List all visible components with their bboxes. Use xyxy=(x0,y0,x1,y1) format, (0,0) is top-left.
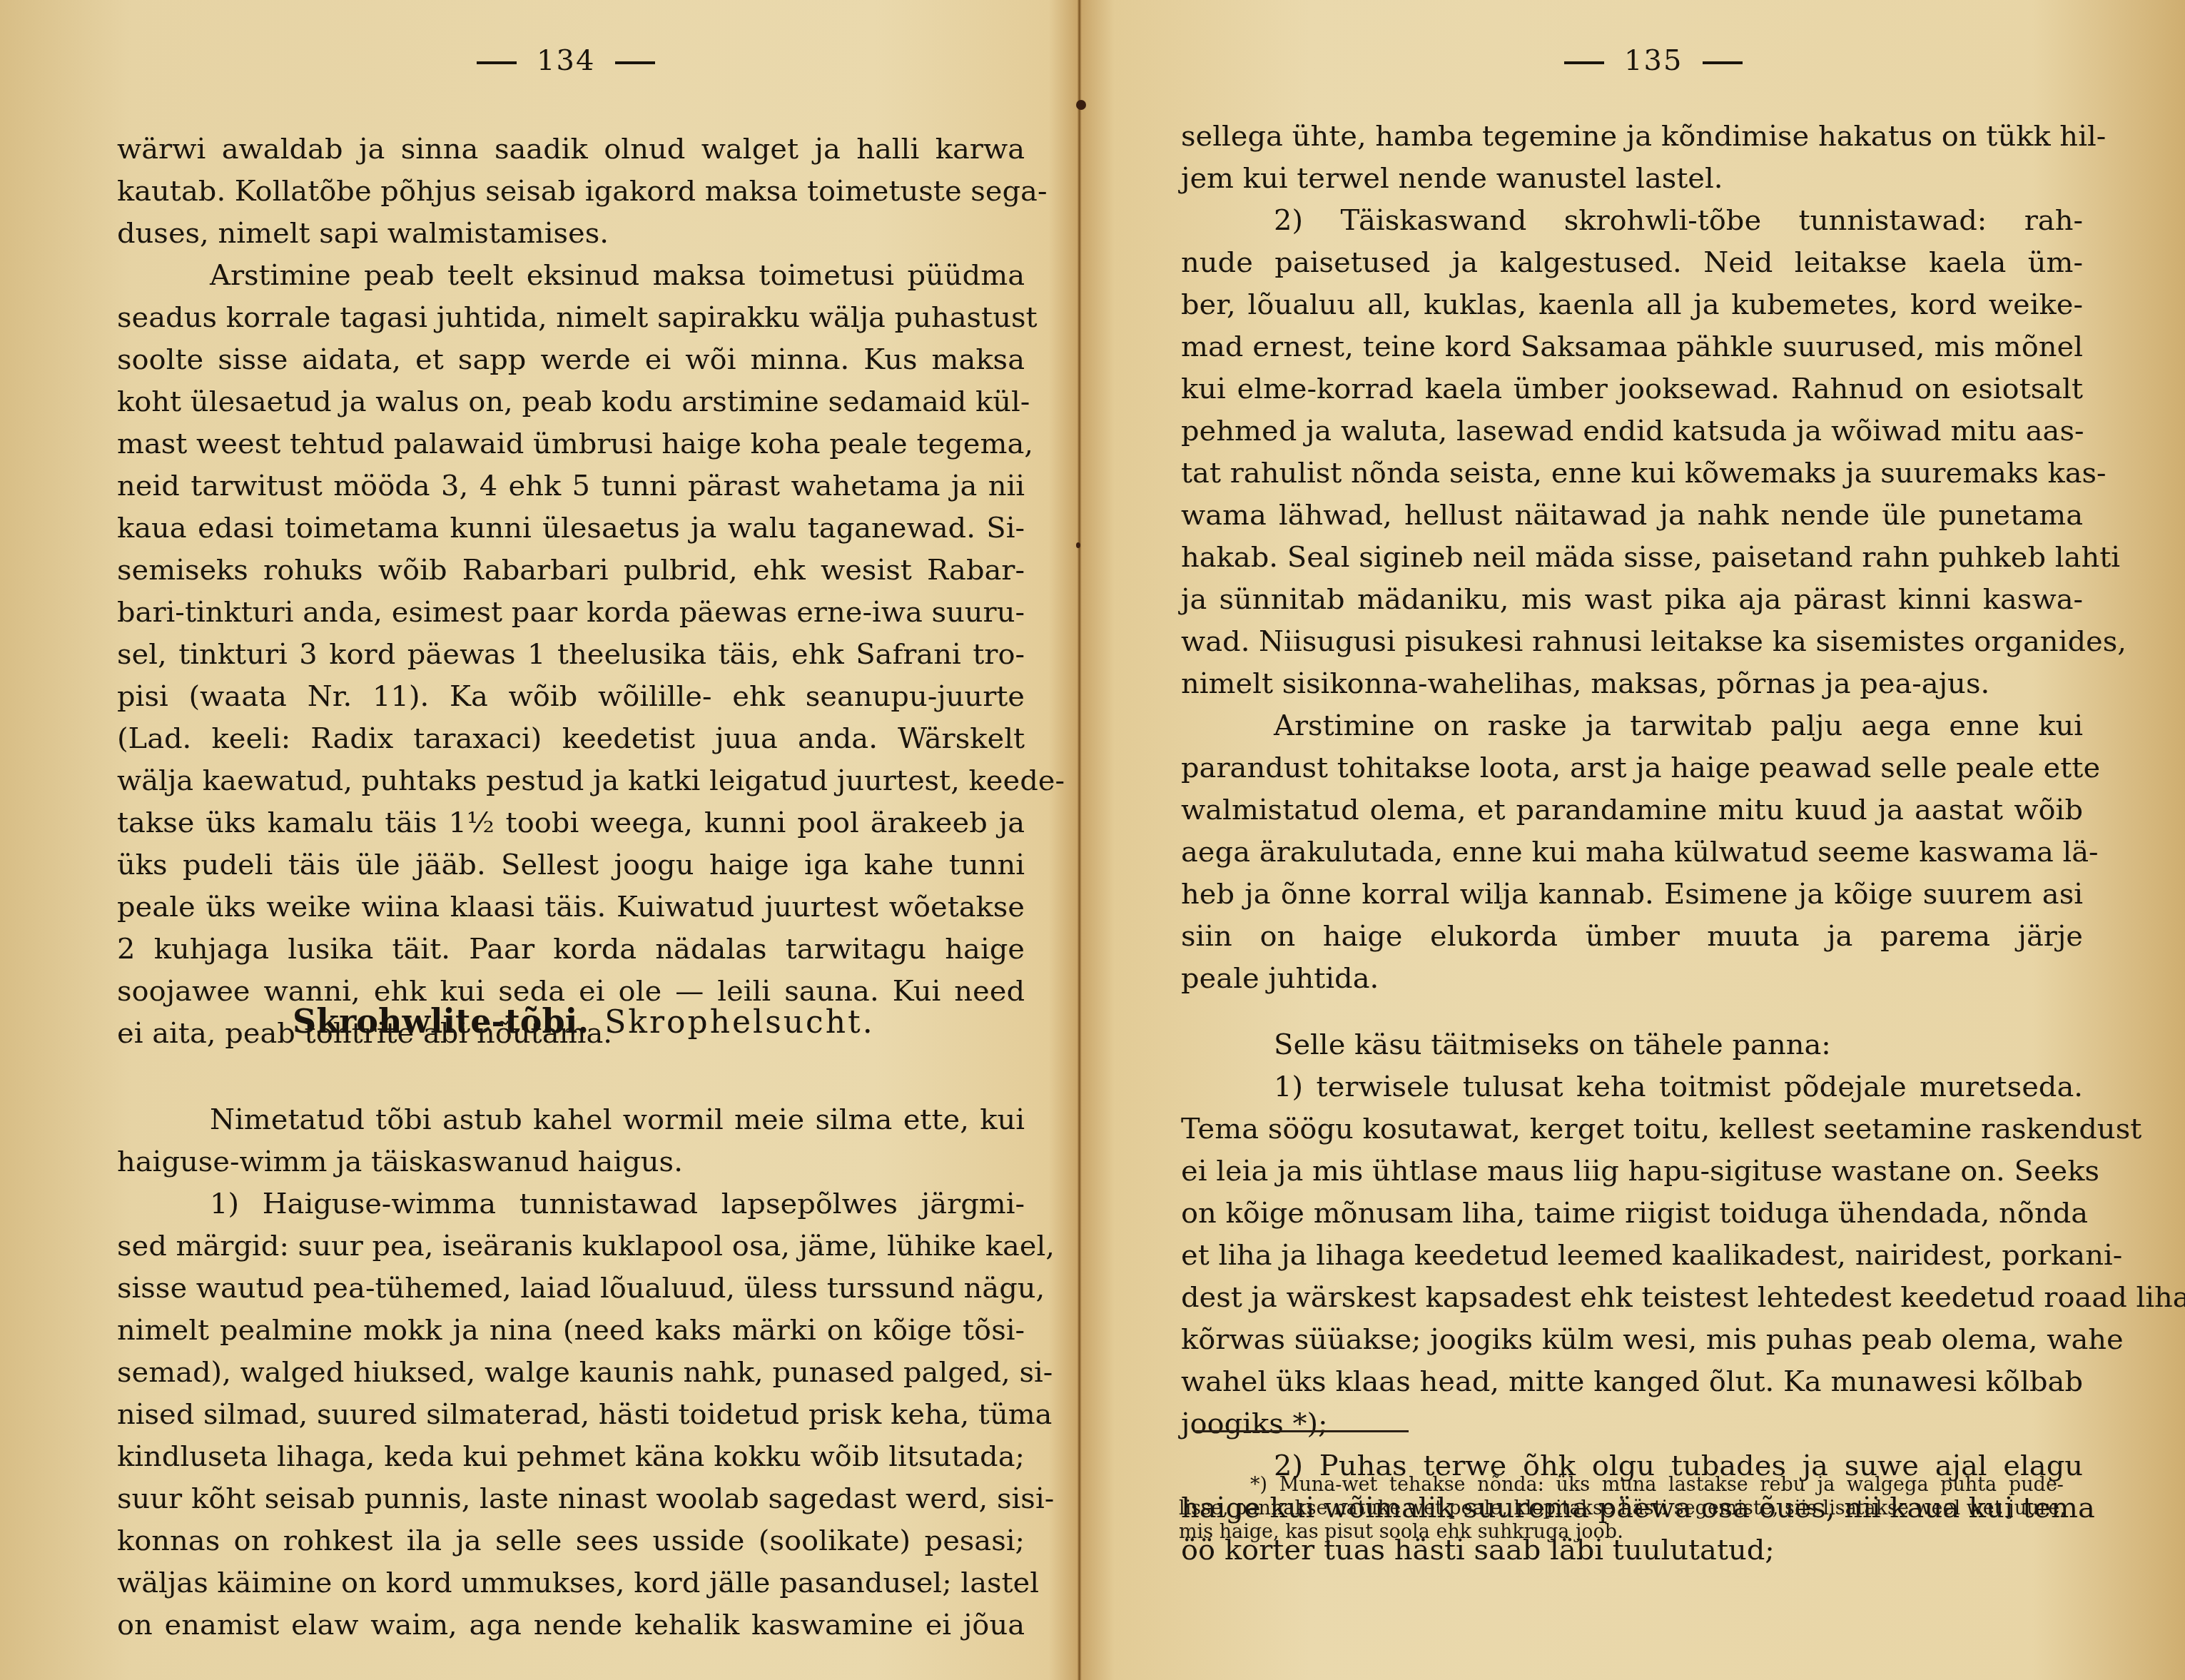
text-line: kaua edasi toimetama kunni ülesaetus ja … xyxy=(117,507,1025,550)
text-line: wälja kaewatud, puhtaks pestud ja katki … xyxy=(117,760,1025,802)
text-line: joogiks *); xyxy=(1181,1403,2083,1445)
text-line: sel, tinkturi 3 kord päewas 1 theelusika… xyxy=(117,634,1025,676)
text-line: ei leia ja mis ühtlase maus liig hapu-si… xyxy=(1181,1150,2083,1193)
text-line: mad ernest, teine kord Saksamaa pähkle s… xyxy=(1181,326,2083,368)
text-line: on enamist elaw waim, aga nende kehalik … xyxy=(117,1604,1025,1646)
text-line: Arstimine on raske ja tarwitab palju aeg… xyxy=(1181,705,2083,747)
text-line: haiguse-wimm ja täiskaswanud haigus. xyxy=(117,1141,1025,1183)
text-line: siin on haige elukorda ümber muuta ja pa… xyxy=(1181,916,2083,958)
text-line: Selle käsu täitmiseks on tähele panna: xyxy=(1181,1024,2083,1066)
text-line: wäljas käimine on kord ummukses, kord jä… xyxy=(117,1562,1025,1604)
text-line: dest ja wärskest kapsadest ehk teistest … xyxy=(1181,1277,2083,1319)
text-line: wahel üks klaas head, mitte kanged õlut.… xyxy=(1181,1361,2083,1403)
text-line: 2) Täiskaswand skrohwli-tõbe tunnistawad… xyxy=(1181,200,2083,242)
text-line: Tema söögu kosutawat, kerget toitu, kell… xyxy=(1181,1108,2083,1150)
text-line: pisi (waata Nr. 11). Ka wõib wõilille- e… xyxy=(117,676,1025,718)
page-number-text: 135 xyxy=(1624,44,1683,77)
folio-dash xyxy=(615,61,655,64)
text-line: parandust tohitakse loota, arst ja haige… xyxy=(1181,747,2083,789)
heading-title: Skrohwlite-tõbi. xyxy=(293,1002,589,1041)
text-line: wad. Niisugusi pisukesi rahnusi leitakse… xyxy=(1181,621,2083,663)
text-line: koht ülesaetud ja walus on, peab kodu ar… xyxy=(117,381,1025,423)
text-line: soolte sisse aidata, et sapp werde ei wõ… xyxy=(117,339,1025,381)
text-line: peale juhtida. xyxy=(1181,958,2083,1000)
text-line: pehmed ja waluta, lasewad endid katsuda … xyxy=(1181,410,2083,452)
text-line: mast weest tehtud palawaid ümbrusi haige… xyxy=(117,423,1025,465)
text-line: ja sünnitab mädaniku, mis wast pika aja … xyxy=(1181,579,2083,621)
text-line: jem kui terwel nende wanustel lastel. xyxy=(1181,158,2083,200)
text-line: walmistatud olema, et parandamine mitu k… xyxy=(1181,789,2083,831)
text-line: wärwi awaldab ja sinna saadik olnud walg… xyxy=(117,128,1025,171)
footnote-line: lisse, pannakse natuke wet peale, klopit… xyxy=(1179,1497,2064,1520)
text-line: Nimetatud tõbi astub kahel wormil meie s… xyxy=(117,1099,1025,1141)
page-number: 135 xyxy=(1544,44,1763,77)
text-line: aega ärakulutada, enne kui maha külwatud… xyxy=(1181,831,2083,874)
text-line: Arstimine peab teelt eksinud maksa toime… xyxy=(117,255,1025,297)
text-line: hakab. Seal sigineb neil mäda sisse, pai… xyxy=(1181,537,2083,579)
text-line: tat rahulist nõnda seista, enne kui kõwe… xyxy=(1181,452,2083,495)
text-line: nude paisetused ja kalgestused. Neid lei… xyxy=(1181,242,2083,284)
page-number-text: 134 xyxy=(537,44,595,77)
text-line: wama lähwad, hellust näitawad ja nahk ne… xyxy=(1181,495,2083,537)
text-line: peale üks weike wiina klaasi täis. Kuiwa… xyxy=(117,886,1025,928)
text-line: on kõige mõnusam liha, taime riigist toi… xyxy=(1181,1193,2083,1235)
left-page-body: wärwi awaldab ja sinna saadik olnud walg… xyxy=(117,128,1025,1055)
footnote-line: mis haige, kas pisut soola ehk suhkruga … xyxy=(1179,1520,2064,1544)
text-line: sisse wautud pea-tühemed, laiad lõualuud… xyxy=(117,1267,1025,1310)
text-line: et liha ja lihaga keedetud leemed kaalik… xyxy=(1181,1235,2083,1277)
footnote: *) Muna-wet tehakse nõnda: üks muna last… xyxy=(1179,1473,2064,1544)
footnote-divider xyxy=(1195,1430,1409,1432)
text-line: semad), walged hiuksed, walge kaunis nah… xyxy=(117,1352,1025,1394)
text-line: sed märgid: suur pea, iseäranis kuklapoo… xyxy=(117,1225,1025,1267)
text-line: kui elme-korrad kaela ümber jooksewad. R… xyxy=(1181,368,2083,410)
text-line: 2 kuhjaga lusika täit. Paar korda nädala… xyxy=(117,928,1025,971)
text-line: bari-tinkturi anda, esimest paar korda p… xyxy=(117,592,1025,634)
text-line: semiseks rohuks wõib Rabarbari pulbrid, … xyxy=(117,550,1025,592)
heading-german-subtitle: Skrophelsucht. xyxy=(604,1004,875,1041)
text-line: (Lad. keeli: Radix taraxaci) keedetist j… xyxy=(117,718,1025,760)
text-line: 1) Haiguse-wimma tunnistawad lapsepõlwes… xyxy=(117,1183,1025,1225)
text-line: duses, nimelt sapi walmistamises. xyxy=(117,213,1025,255)
text-line: takse üks kamalu täis 1½ toobi weega, ku… xyxy=(117,802,1025,844)
text-line: heb ja õnne korral wilja kannab. Esimene… xyxy=(1181,874,2083,916)
text-line: 1) terwisele tulusat keha toitmist põdej… xyxy=(1181,1066,2083,1108)
right-page-body: sellega ühte, hamba tegemine ja kõndimis… xyxy=(1181,116,2083,1572)
text-line: konnas on rohkest ila ja selle sees ussi… xyxy=(117,1520,1025,1562)
folio-dash xyxy=(1703,61,1743,64)
text-line: seadus korrale tagasi juhtida, nimelt sa… xyxy=(117,297,1025,339)
text-line: kautab. Kollatõbe põhjus seisab igakord … xyxy=(117,171,1025,213)
text-line: sellega ühte, hamba tegemine ja kõndimis… xyxy=(1181,116,2083,158)
text-line: ber, lõualuu all, kuklas, kaenla all ja … xyxy=(1181,284,2083,326)
folio-dash xyxy=(477,61,517,64)
text-line: kindluseta lihaga, keda kui pehmet käna … xyxy=(117,1436,1025,1478)
section-heading: Skrohwlite-tõbi.Skrophelsucht. xyxy=(293,1002,875,1041)
text-line: suur kõht seisab punnis, laste ninast wo… xyxy=(117,1478,1025,1520)
text-line: neid tarwitust mööda 3, 4 ehk 5 tunni pä… xyxy=(117,465,1025,507)
book-spread: 134 wärwi awaldab ja sinna saadik olnud … xyxy=(0,0,2185,1680)
text-line: nised silmad, suured silmaterad, hästi t… xyxy=(117,1394,1025,1436)
footnote-line: *) Muna-wet tehakse nõnda: üks muna last… xyxy=(1179,1473,2064,1497)
text-line: üks pudeli täis üle jääb. Sellest joogu … xyxy=(117,844,1025,886)
text-line: kõrwas süüakse; joogiks külm wesi, mis p… xyxy=(1181,1319,2083,1361)
folio-dash xyxy=(1564,61,1604,64)
text-line: nimelt pealmine mokk ja nina (need kaks … xyxy=(117,1310,1025,1352)
page-number: 134 xyxy=(457,44,675,77)
left-page-body-continued: Nimetatud tõbi astub kahel wormil meie s… xyxy=(117,1099,1025,1646)
text-line: nimelt sisikonna-wahelihas, maksas, põrn… xyxy=(1181,663,2083,705)
